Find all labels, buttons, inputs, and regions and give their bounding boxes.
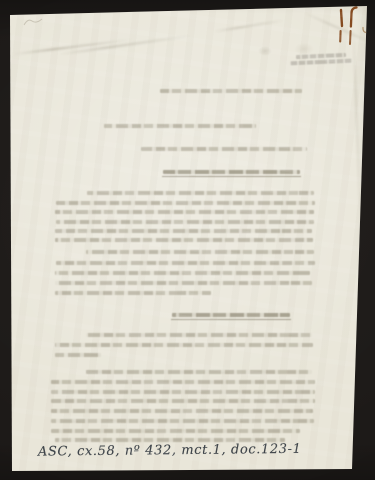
typed-text-line	[51, 409, 313, 413]
paper-crease	[353, 26, 361, 216]
paper-crease	[12, 39, 131, 55]
typed-text-line	[86, 370, 312, 374]
typed-text-line	[51, 380, 315, 384]
typed-text-line	[51, 429, 300, 433]
paper-crease	[213, 19, 284, 32]
typed-text-line	[141, 147, 307, 151]
typed-text-line	[55, 281, 312, 285]
typed-text-line	[51, 419, 314, 423]
typed-text-line	[55, 343, 313, 347]
typed-text-line	[160, 89, 302, 93]
typed-heading-line	[163, 170, 300, 174]
typed-text-line	[55, 291, 211, 295]
typed-text-line	[86, 250, 314, 254]
typed-text-line	[55, 271, 310, 275]
typed-text-line	[55, 353, 101, 357]
scanner-background: ASC, cx.58, nº 432, mct.1, doc.123-1	[0, 0, 375, 480]
typed-text-line	[55, 238, 313, 242]
typed-text-line	[86, 333, 312, 337]
typed-text-line	[55, 229, 312, 233]
faded-stamp-line	[296, 53, 346, 59]
ink-smudge-mark	[363, 28, 370, 33]
archival-reference-annotation: ASC, cx.58, nº 432, mct.1, doc.123-1	[38, 441, 338, 459]
typed-text-line	[56, 261, 315, 265]
document-page: ASC, cx.58, nº 432, mct.1, doc.123-1	[0, 0, 375, 480]
paper-crease	[59, 35, 193, 55]
typed-text-line	[104, 124, 256, 128]
typed-heading-line	[172, 313, 290, 317]
typed-text-line	[51, 390, 315, 394]
typed-text-line	[87, 191, 314, 195]
faded-stamp-line	[290, 59, 352, 65]
typed-text-line	[51, 399, 315, 403]
typed-text-line	[56, 220, 314, 224]
typed-text-line	[55, 210, 314, 214]
pencil-squiggle-mark	[22, 16, 44, 28]
typed-text-line	[56, 201, 315, 205]
handwritten-number-mark	[330, 4, 375, 50]
